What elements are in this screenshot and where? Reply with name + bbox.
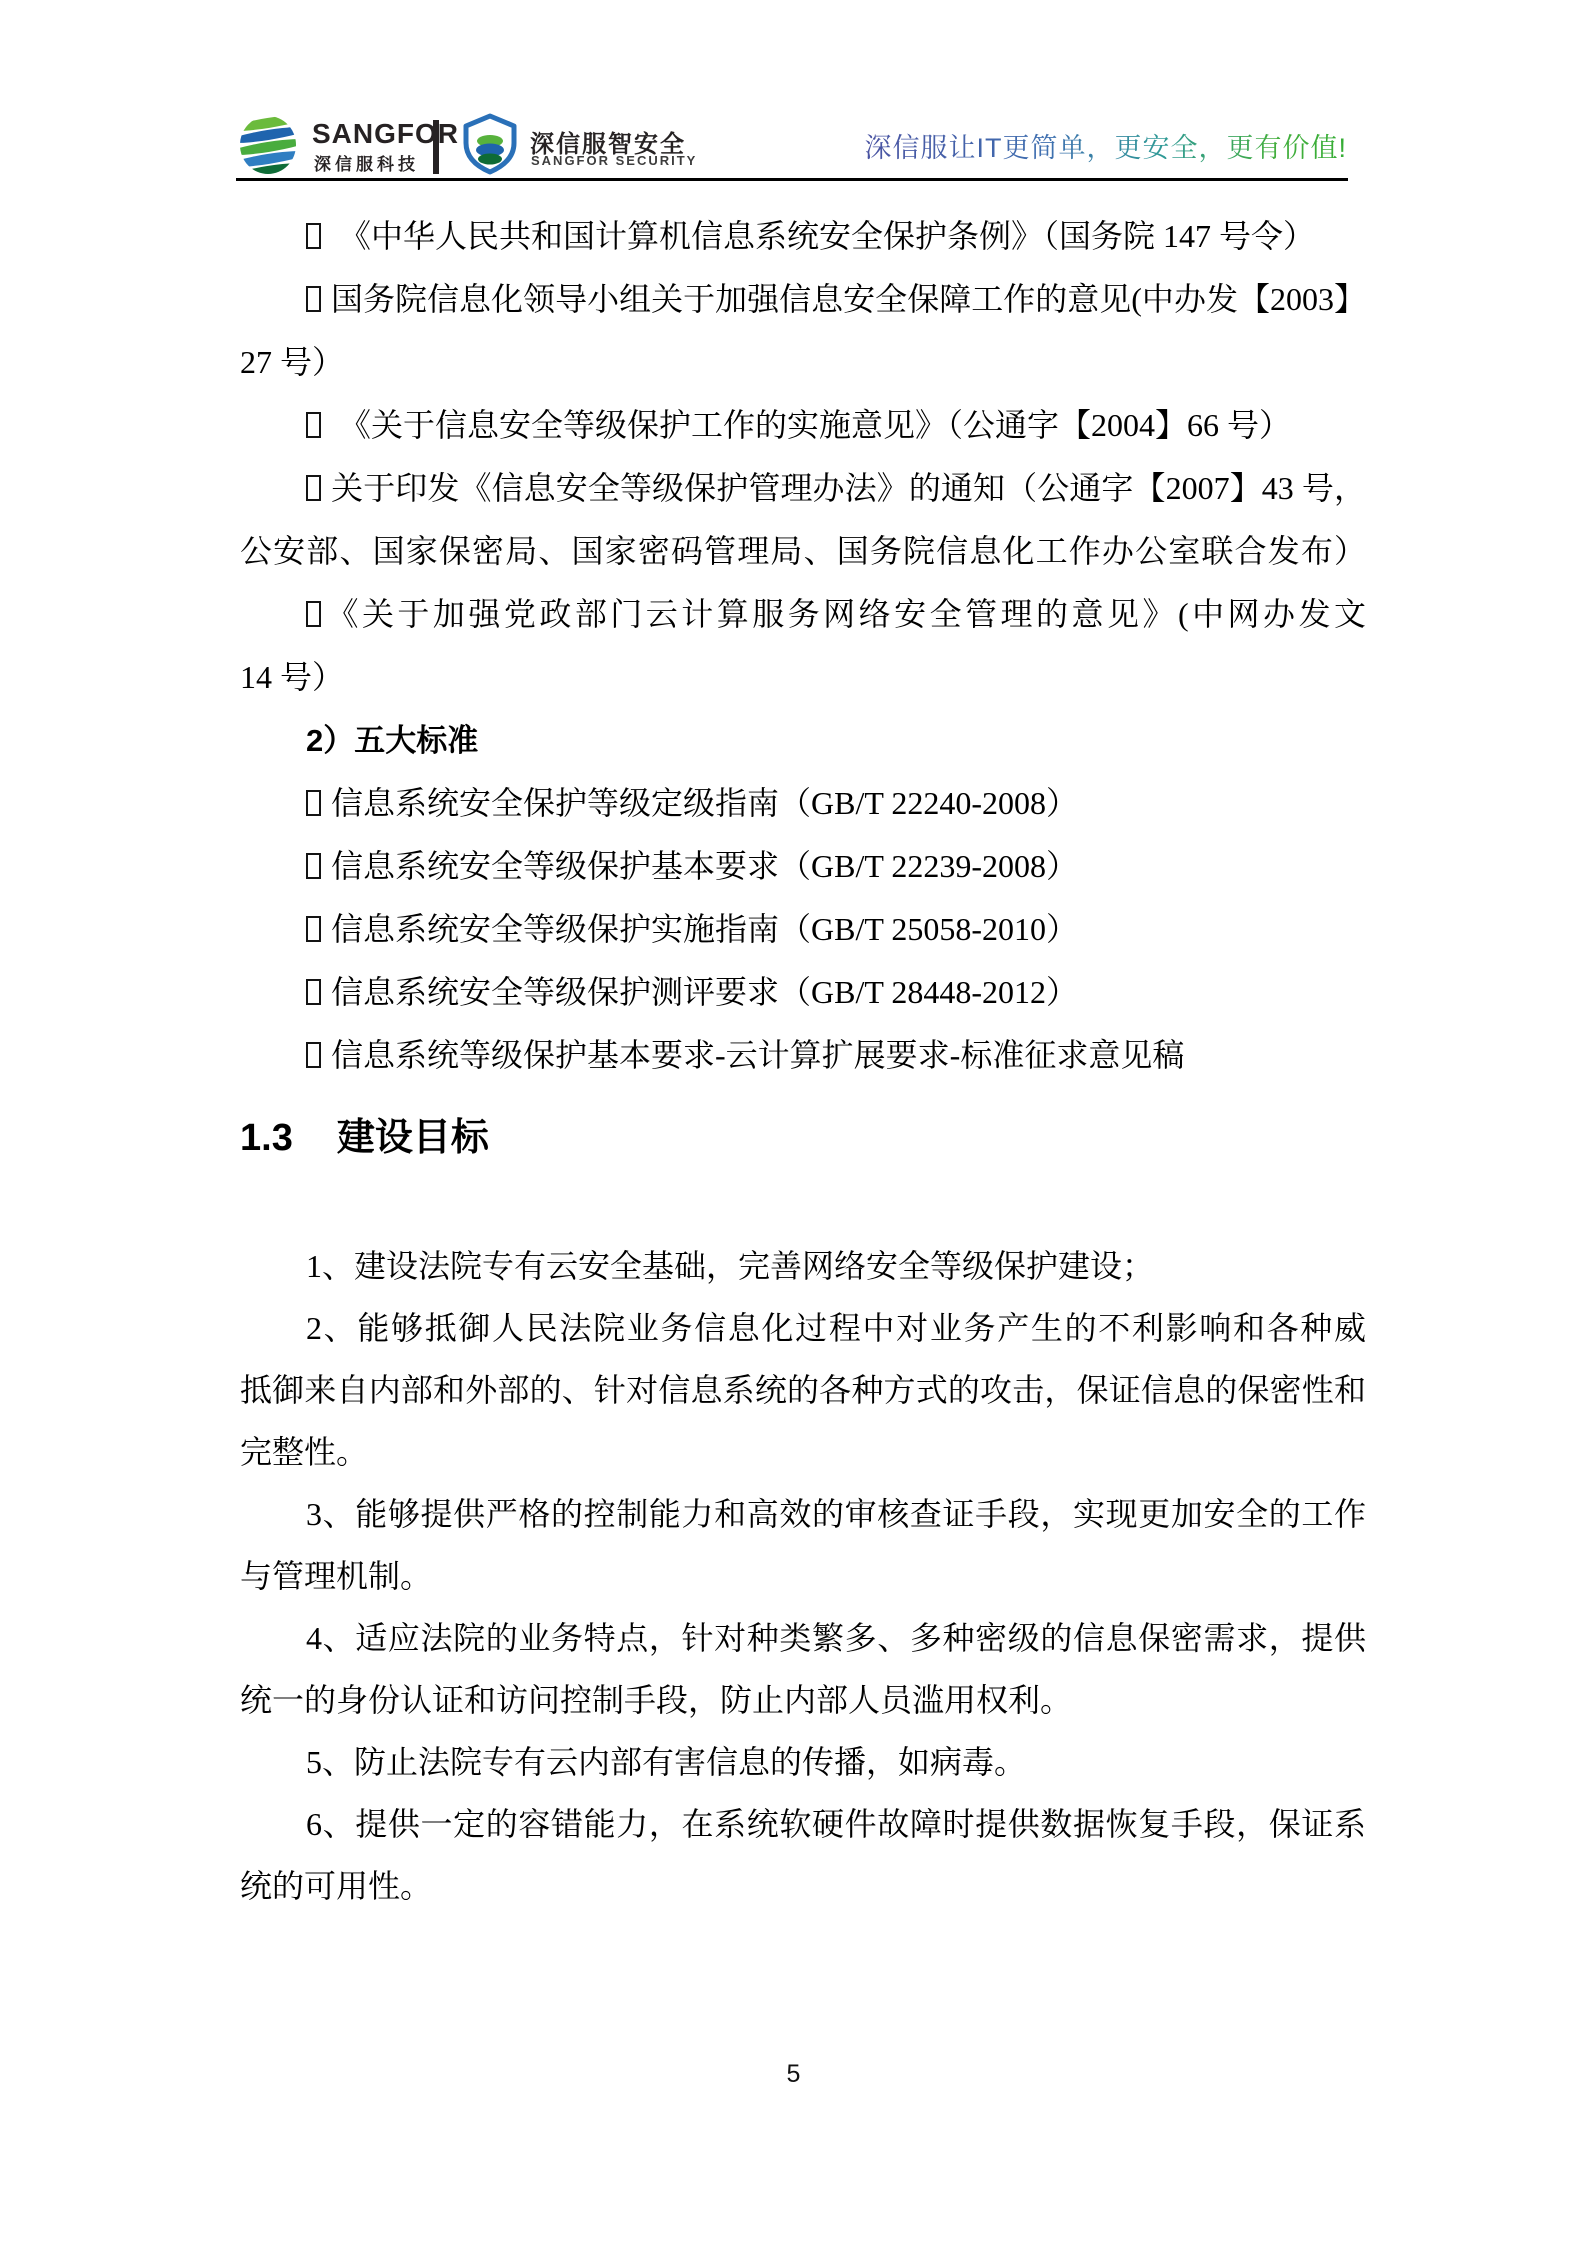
section-heading-number: 1.3: [240, 1117, 293, 1159]
doc-line: 抵御来自内部和外部的、针对信息系统的各种方式的攻击，保证信息的保密性和: [240, 1359, 1366, 1421]
square-bullet-icon: [306, 223, 321, 249]
line-text: 信息系统安全等级保护实施指南（GB/T 25058-2010）: [323, 911, 1078, 947]
header-tagline: 深信服让IT更简单，更安全，更有价值!: [865, 126, 1348, 165]
doc-line: 《中华人民共和国计算机信息系统安全保护条例》（国务院 147 号令）: [240, 205, 1366, 268]
doc-line: 完整性。: [240, 1421, 1366, 1483]
goals-paragraphs: 1、建设法院专有云安全基础，完善网络安全等级保护建设；2、能够抵御人民法院业务信…: [240, 1235, 1366, 1917]
security-shield-logo-icon: [461, 113, 519, 175]
square-bullet-icon: [306, 601, 321, 627]
line-text: 14 号）: [240, 659, 344, 695]
line-text: 完整性。: [240, 1434, 368, 1470]
doc-line: 《关于加强党政部门云计算服务网络安全管理的意见》(中网办发文【2015】: [240, 583, 1366, 646]
document-content: 《中华人民共和国计算机信息系统安全保护条例》（国务院 147 号令） 国务院信息…: [240, 205, 1366, 1917]
line-text: 信息系统安全保护等级定级指南（GB/T 22240-2008）: [323, 785, 1078, 821]
doc-line: 信息系统安全保护等级定级指南（GB/T 22240-2008）: [240, 772, 1366, 835]
standards-subheading: 2）五大标准: [240, 709, 1366, 772]
doc-line: 国务院信息化领导小组关于加强信息安全保障工作的意见(中办发【2003】: [240, 268, 1366, 331]
line-text: 1、建设法院专有云安全基础，完善网络安全等级保护建设；: [306, 1248, 1154, 1284]
logo-divider: [433, 120, 439, 174]
line-text: 2、能够抵御人民法院业务信息化过程中对业务产生的不利影响和各种威胁，: [306, 1310, 1366, 1359]
sangfor-globe-logo-icon: [240, 116, 296, 174]
line-text: 信息系统安全等级保护基本要求（GB/T 22239-2008）: [323, 848, 1078, 884]
doc-line: 信息系统等级保护基本要求-云计算扩展要求-标准征求意见稿: [240, 1024, 1366, 1087]
line-text: 国务院信息化领导小组关于加强信息安全保障工作的意见(中办发【2003】: [323, 281, 1366, 317]
line-text: 公安部、国家保密局、国家密码管理局、国务院信息化工作办公室联合发布）: [240, 533, 1366, 569]
doc-line: 3、能够提供严格的控制能力和高效的审核查证手段，实现更加安全的工作: [240, 1483, 1366, 1545]
line-text: 统一的身份认证和访问控制手段，防止内部人员滥用权利。: [240, 1682, 1072, 1718]
sangfor-logo-subtitle: 深信服科技: [314, 150, 419, 175]
square-bullet-icon: [306, 412, 321, 438]
doc-line: 统的可用性。: [240, 1855, 1366, 1917]
square-bullet-icon: [306, 916, 321, 942]
section-heading-title: 建设目标: [337, 1117, 489, 1159]
line-text: 《关于信息安全等级保护工作的实施意见》（公通字【2004】66 号）: [323, 407, 1291, 443]
line-text: 5、防止法院专有云内部有害信息的传播，如病毒。: [306, 1744, 1026, 1780]
doc-line: 统一的身份认证和访问控制手段，防止内部人员滥用权利。: [240, 1669, 1366, 1731]
line-text: 4、适应法院的业务特点，针对种类繁多、多种密级的信息保密需求，提供: [306, 1620, 1366, 1656]
doc-line: 27 号）: [240, 331, 1366, 394]
square-bullet-icon: [306, 853, 321, 879]
regulations-list: 《中华人民共和国计算机信息系统安全保护条例》（国务院 147 号令） 国务院信息…: [240, 205, 1366, 709]
doc-line: 5、防止法院专有云内部有害信息的传播，如病毒。: [240, 1731, 1366, 1793]
line-text: 与管理机制。: [240, 1558, 432, 1594]
line-text: 《中华人民共和国计算机信息系统安全保护条例》（国务院 147 号令）: [323, 218, 1315, 254]
line-text: 统的可用性。: [240, 1868, 432, 1904]
line-text: 关于印发《信息安全等级保护管理办法》的通知（公通字【2007】43 号，: [323, 470, 1366, 506]
doc-line: 公安部、国家保密局、国家密码管理局、国务院信息化工作办公室联合发布）: [240, 520, 1366, 583]
page-number: 5: [0, 2060, 1587, 2089]
doc-line: 关于印发《信息安全等级保护管理办法》的通知（公通字【2007】43 号，: [240, 457, 1366, 520]
doc-line: 《关于信息安全等级保护工作的实施意见》（公通字【2004】66 号）: [240, 394, 1366, 457]
doc-line: 14 号）: [240, 646, 1366, 709]
line-text: 信息系统安全等级保护测评要求（GB/T 28448-2012）: [323, 974, 1078, 1010]
doc-line: 1、建设法院专有云安全基础，完善网络安全等级保护建设；: [240, 1235, 1366, 1297]
line-text: 《关于加强党政部门云计算服务网络安全管理的意见》(中网办发文【2015】: [306, 596, 1366, 646]
square-bullet-icon: [306, 475, 321, 501]
doc-line: 信息系统安全等级保护基本要求（GB/T 22239-2008）: [240, 835, 1366, 898]
line-text: 抵御来自内部和外部的、针对信息系统的各种方式的攻击，保证信息的保密性和: [240, 1372, 1366, 1408]
doc-line: 2、能够抵御人民法院业务信息化过程中对业务产生的不利影响和各种威胁，: [240, 1297, 1366, 1359]
line-text: 信息系统等级保护基本要求-云计算扩展要求-标准征求意见稿: [323, 1037, 1184, 1073]
square-bullet-icon: [306, 979, 321, 1005]
line-text: 27 号）: [240, 344, 344, 380]
doc-line: 信息系统安全等级保护实施指南（GB/T 25058-2010）: [240, 898, 1366, 961]
line-text: 6、提供一定的容错能力，在系统软硬件故障时提供数据恢复手段，保证系: [306, 1806, 1366, 1842]
doc-line: 4、适应法院的业务特点，针对种类繁多、多种密级的信息保密需求，提供: [240, 1607, 1366, 1669]
square-bullet-icon: [306, 790, 321, 816]
security-logo-subtitle: SANGFOR SECURITY: [531, 153, 697, 168]
standards-list: 信息系统安全保护等级定级指南（GB/T 22240-2008） 信息系统安全等级…: [240, 772, 1366, 1087]
document-page: SANGFOR 深信服科技 深信服智安全 SANGFOR SECURITY 深信…: [0, 0, 1587, 2245]
section-heading: 1.3建设目标: [240, 1113, 1366, 1163]
doc-line: 信息系统安全等级保护测评要求（GB/T 28448-2012）: [240, 961, 1366, 1024]
square-bullet-icon: [306, 286, 321, 312]
doc-line: 与管理机制。: [240, 1545, 1366, 1607]
square-bullet-icon: [306, 1042, 321, 1068]
header-rule: [236, 178, 1348, 181]
doc-line: 6、提供一定的容错能力，在系统软硬件故障时提供数据恢复手段，保证系: [240, 1793, 1366, 1855]
line-text: 3、能够提供严格的控制能力和高效的审核查证手段，实现更加安全的工作: [306, 1496, 1366, 1532]
